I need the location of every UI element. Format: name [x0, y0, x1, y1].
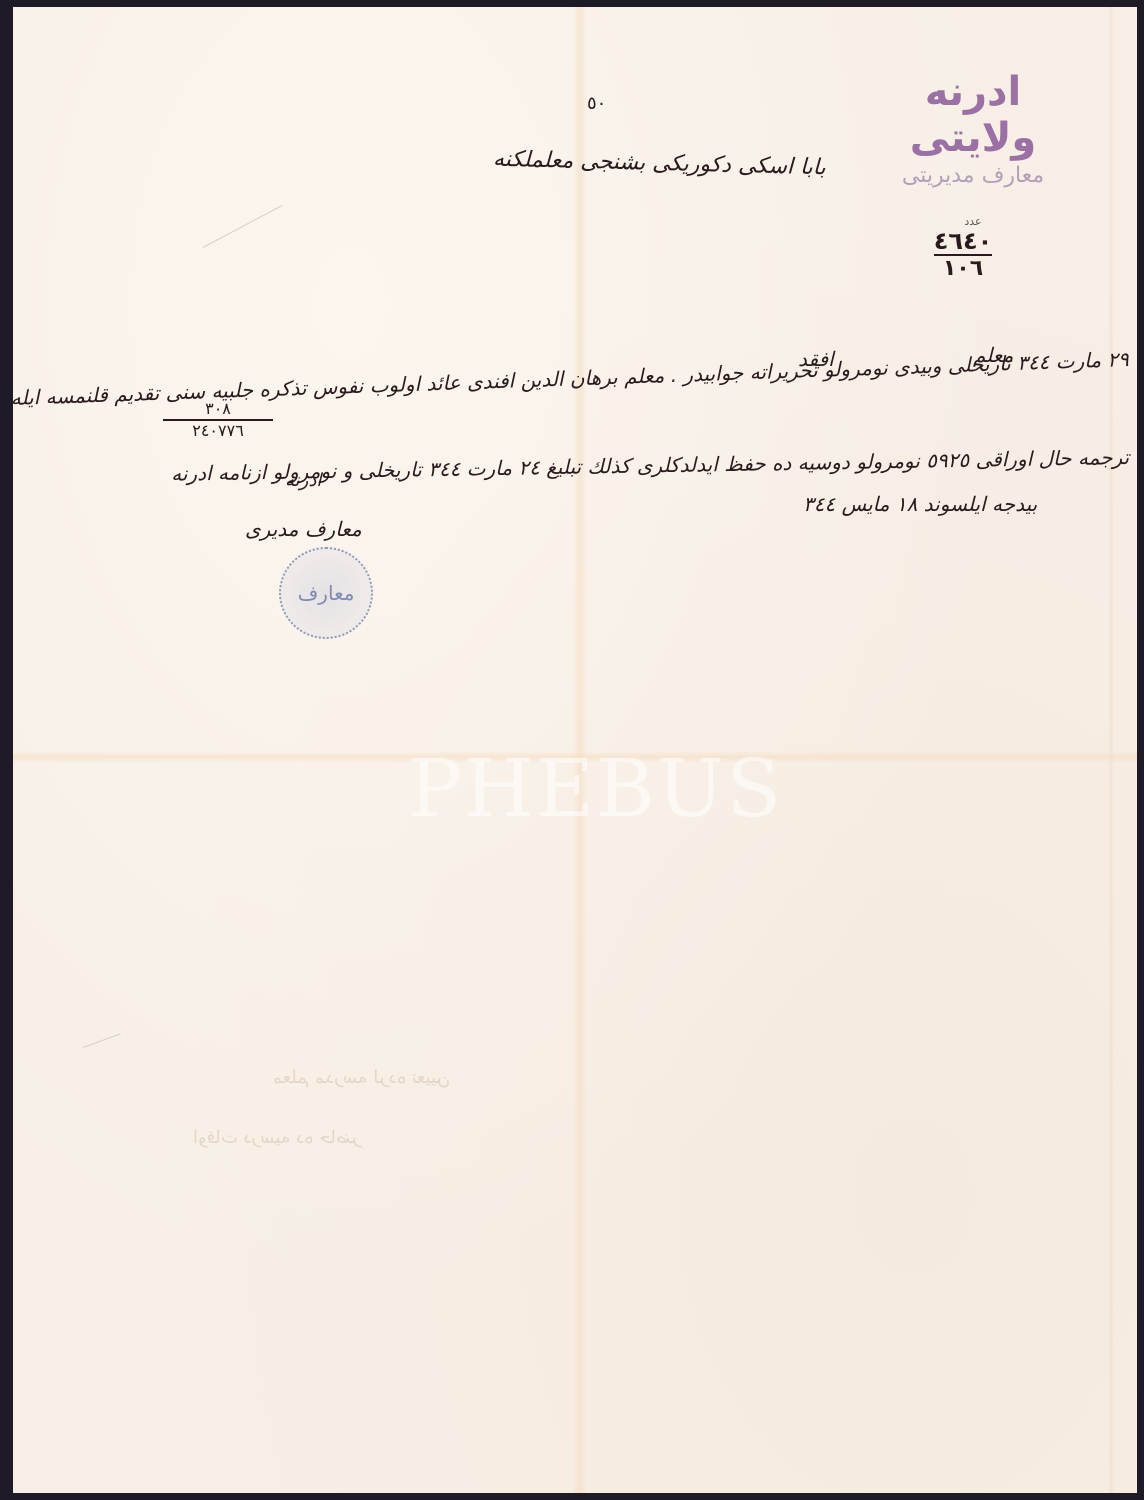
place-name: ادرنه — [285, 470, 321, 491]
letterhead-province: ادرنه ولايتى — [875, 69, 1071, 161]
reference-number-block: عدد ٤٦٤٠ ١٠٦ — [918, 215, 1008, 281]
page-number-mark: ٥٠ — [587, 93, 606, 114]
letterhead-directorate: معارف مديريتى — [875, 163, 1071, 188]
signature: معارف مديرى — [245, 517, 362, 541]
date-line: بيدجه ايلسوند ١٨ مايس ٣٤٤ — [803, 492, 1037, 516]
seal-text: معارف — [298, 581, 355, 605]
official-seal: معارف — [279, 547, 373, 639]
document-page: ادرنه ولايتى معارف مديريتى ٥٠ بابا اسكى … — [13, 7, 1137, 1493]
reference-number: ٤٦٤٠ — [934, 228, 993, 256]
fraction-bottom: ٢٤٠٧٧٦ — [163, 421, 273, 440]
fraction-top: ٣٠٨ — [163, 399, 273, 421]
watermark: PHEBUS — [408, 742, 783, 835]
reference-sub-number: ١٠٦ — [918, 256, 1008, 281]
stray-pencil-mark — [203, 205, 283, 248]
letterhead-stamp: ادرنه ولايتى معارف مديريتى — [875, 69, 1071, 188]
stray-pencil-mark — [83, 1033, 121, 1048]
bleed-through-text: اوقات درسيه ده حاضر — [193, 1127, 361, 1148]
registry-fraction: ٣٠٨ ٢٤٠٧٧٦ — [163, 399, 273, 440]
right-fold-line — [1108, 7, 1114, 1493]
bleed-through-text: معلم مدرسه لرده تعيين — [273, 1067, 450, 1088]
subject-line: بابا اسكى دكوريكى بشنجى معلملكنه — [493, 147, 826, 181]
